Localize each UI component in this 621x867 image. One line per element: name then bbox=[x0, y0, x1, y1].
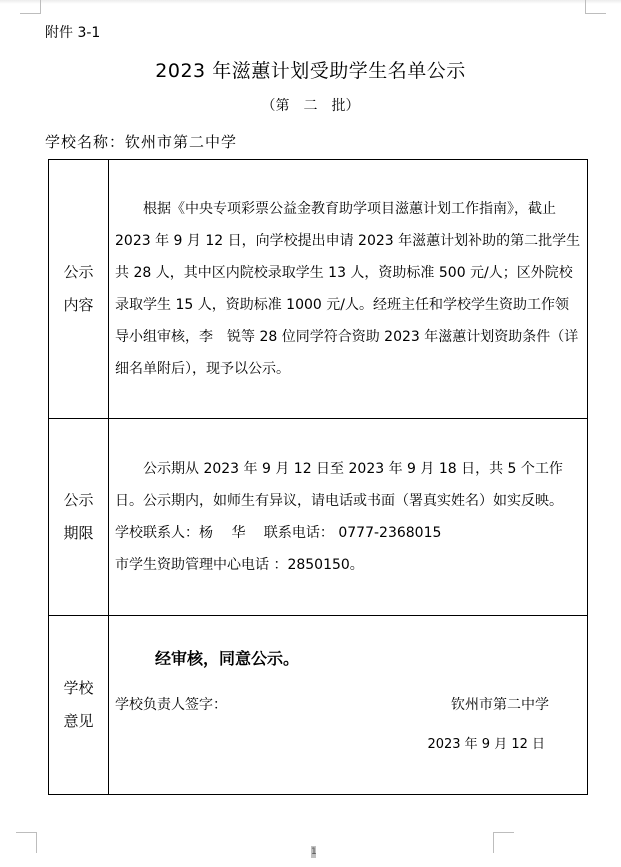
document-title: 2023 年滋蕙计划受助学生名单公示 bbox=[0, 56, 621, 83]
signature-row: 学校负责人签字： 钦州市第二中学 bbox=[115, 689, 581, 721]
notice-content-paragraph: 根据《中央专项彩票公益金教育助学项目滋蕙计划工作指南》，截止 2023 年 9 … bbox=[115, 193, 581, 385]
notice-period-paragraph: 公示期从 2023 年 9 月 12 日至 2023 年 9 月 18 日，共 … bbox=[115, 453, 581, 549]
approval-statement: 经审核，同意公示。 bbox=[115, 643, 581, 675]
notice-table: 公示 内容 根据《中央专项彩票公益金教育助学项目滋蕙计划工作指南》，截止 202… bbox=[48, 159, 588, 795]
signature-label: 学校负责人签字： bbox=[115, 689, 227, 721]
page-corner-mark-top-right bbox=[585, 0, 606, 14]
table-row-content: 公示 内容 根据《中央专项彩票公益金教育助学项目滋蕙计划工作指南》，截止 202… bbox=[49, 160, 588, 419]
attachment-label: 附件 3-1 bbox=[45, 22, 100, 42]
row-label-line: 公示 bbox=[50, 484, 107, 517]
page-top-edge bbox=[0, 0, 621, 4]
row-body: 公示期从 2023 年 9 月 12 日至 2023 年 9 月 18 日，共 … bbox=[109, 419, 588, 616]
funding-center-phone: 市学生资助管理中心电话 ：2850150。 bbox=[115, 549, 581, 581]
row-label-line: 期限 bbox=[50, 517, 107, 550]
row-label-line: 意见 bbox=[50, 705, 107, 738]
row-label: 公示 内容 bbox=[49, 160, 109, 419]
table-row-opinion: 学校 意见 经审核，同意公示。 学校负责人签字： 钦州市第二中学 2023 年 … bbox=[49, 616, 588, 795]
batch-subtitle: （第 二 批） bbox=[0, 95, 621, 115]
row-label-line: 内容 bbox=[50, 289, 107, 322]
page-corner-mark-bottom-left bbox=[16, 832, 37, 853]
page-corner-mark-top-left bbox=[20, 0, 41, 14]
row-label: 学校 意见 bbox=[49, 616, 109, 795]
signature-date: 2023 年 9 月 12 日 bbox=[115, 729, 581, 761]
page-number: 1 bbox=[311, 846, 316, 858]
school-name-line: 学校名称：钦州市第二中学 bbox=[45, 131, 237, 152]
organization-name: 钦州市第二中学 bbox=[451, 689, 581, 721]
row-body: 经审核，同意公示。 学校负责人签字： 钦州市第二中学 2023 年 9 月 12… bbox=[109, 616, 588, 795]
page-corner-mark-bottom-right bbox=[493, 832, 514, 853]
row-body: 根据《中央专项彩票公益金教育助学项目滋蕙计划工作指南》，截止 2023 年 9 … bbox=[109, 160, 588, 419]
row-label-line: 公示 bbox=[50, 256, 107, 289]
row-label: 公示 期限 bbox=[49, 419, 109, 616]
table-row-period: 公示 期限 公示期从 2023 年 9 月 12 日至 2023 年 9 月 1… bbox=[49, 419, 588, 616]
row-label-line: 学校 bbox=[50, 672, 107, 705]
